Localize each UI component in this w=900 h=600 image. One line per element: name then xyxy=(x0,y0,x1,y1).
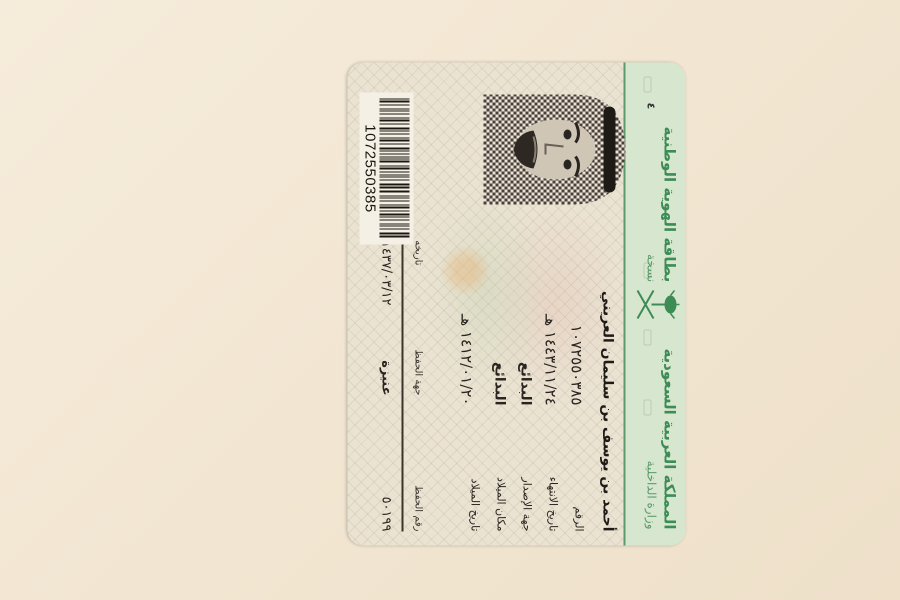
archive-office-label: جهة الحفظ xyxy=(412,349,423,395)
barcode: 1072550385 xyxy=(359,92,413,244)
country-name: المملكة العربية السعودية xyxy=(659,348,679,529)
holder-photo xyxy=(483,84,633,214)
decorative-mark xyxy=(643,329,651,345)
emblem-icon xyxy=(633,286,679,322)
national-id-card: المملكة العربية السعودية وزارة الداخلية … xyxy=(347,62,685,545)
barcode-bars xyxy=(379,98,409,238)
archive-office: عنيزة xyxy=(378,360,393,395)
copy-number: ٤ xyxy=(644,102,657,109)
barcode-number: 1072550385 xyxy=(361,92,378,244)
copy-label: نسخة xyxy=(643,126,659,282)
field-label-birthplace: مكان الميلاد xyxy=(494,477,507,531)
card-title-block: بطاقة الهوية الوطنية نسخة xyxy=(643,126,679,282)
field-value-expiry: ١٤٤٣/١١/٢٤ هـ xyxy=(541,313,559,405)
field-label-id: الرقم xyxy=(572,506,585,531)
field-value-issuer: البدائع xyxy=(517,362,533,405)
field-value-birthplace: البدائع xyxy=(491,362,507,405)
holder-name: أحمد بن يوسف بن سليمان العريني xyxy=(599,290,615,531)
issuer-block: المملكة العربية السعودية وزارة الداخلية xyxy=(643,348,679,529)
field-value-birthdate: ١٤١٢/٠١/٢٠ هـ xyxy=(457,313,475,405)
field-value-id: ١٠٧٢٥٥٠٣٨٥ xyxy=(567,324,585,405)
ministry-name: وزارة الداخلية xyxy=(643,348,659,529)
archive-date-label: تاريخه xyxy=(412,240,423,265)
field-label-expiry: تاريخ الانتهاء xyxy=(546,476,559,531)
archive-number: ٥٠١٩٩ xyxy=(378,496,393,531)
hologram xyxy=(435,240,495,300)
field-label-birthdate: تاريخ الميلاد xyxy=(468,478,481,531)
card-title: بطاقة الهوية الوطنية xyxy=(659,126,679,282)
archive-number-label: رقم الحفظ xyxy=(412,485,423,531)
decorative-mark xyxy=(643,76,651,92)
field-label-issuer: جهة الإصدار xyxy=(520,477,533,531)
